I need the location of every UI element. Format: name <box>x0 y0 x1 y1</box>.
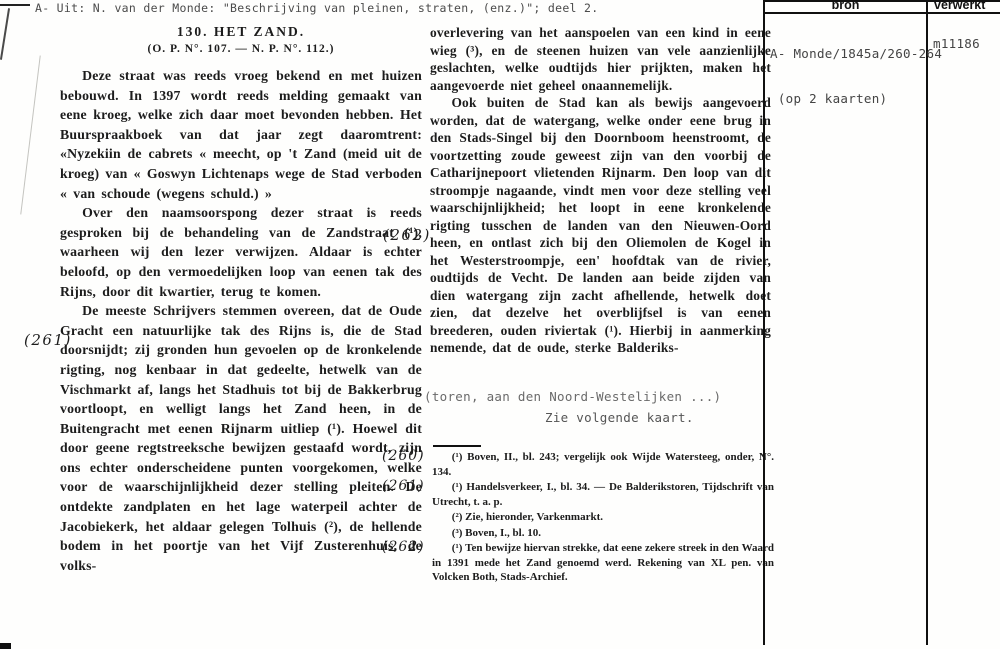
scan-artifact <box>0 8 10 60</box>
typed-source-line: A- Uit: N. van der Monde: "Beschrijving … <box>35 1 598 15</box>
footnote: (²) Zie, hieronder, Varkenmarkt. <box>432 510 774 525</box>
table-left-border <box>763 0 765 645</box>
heading-number-title: 130. HET ZAND. <box>60 24 422 40</box>
heading-subtitle: (O. P. N°. 107. — N. P. N°. 112.) <box>60 43 422 55</box>
typed-see-map-note: Zie volgende kaart. <box>545 410 694 425</box>
footnote-margin-label: (260) <box>382 449 425 464</box>
footnotes-block: (260) (¹) Boven, II., bl. 243; vergelijk… <box>432 450 774 586</box>
right-paragraph-2: Ook buiten de Stad kan als bewijs aangev… <box>430 94 771 357</box>
scan-artifact <box>0 643 11 649</box>
footnote: (261) (¹) Handelsverkeer, I., bl. 34. — … <box>432 480 774 509</box>
scan-artifact <box>20 56 40 215</box>
footnote: (260) (¹) Boven, II., bl. 243; vergelijk… <box>432 450 774 479</box>
footnote-text: (²) Zie, hieronder, Varkenmarkt. <box>452 511 603 523</box>
footnote-text: (³) Boven, I., bl. 10. <box>452 527 541 539</box>
footnote: (³) Boven, I., bl. 10. <box>432 526 774 541</box>
footnote-text: (¹) Boven, II., bl. 243; vergelijk ook W… <box>432 451 774 478</box>
right-text-column: overlevering van het aanspoelen van een … <box>430 24 771 357</box>
handwritten-margin-note-right: (262) <box>383 226 431 244</box>
scan-artifact <box>0 4 30 6</box>
left-text-column: Deze straat was reeds vroeg bekend en me… <box>60 66 422 575</box>
bron-value-line2: (op 2 kaarten) <box>770 91 942 106</box>
page-heading: 130. HET ZAND. (O. P. N°. 107. — N. P. N… <box>60 24 422 55</box>
footnote-text: (¹) Handelsverkeer, I., bl. 34. — De Bal… <box>432 481 774 508</box>
footnote-margin-label: (261) <box>382 479 425 494</box>
verwerkt-cell-value: m11186 <box>933 36 980 51</box>
footnote: (262) (¹) Ten bewijze hiervan strekke, d… <box>432 541 774 585</box>
column-header-verwerkt: verwerkt <box>934 0 1000 12</box>
bron-cell-value: A- Monde/1845a/260-264 (op 2 kaarten) <box>770 16 942 136</box>
table-header-rule <box>763 12 1000 14</box>
footnote-separator-rule <box>433 445 481 447</box>
left-paragraph-3: De meeste Schrijvers stemmen overeen, da… <box>60 301 422 575</box>
column-header-bron: bron <box>765 0 926 12</box>
right-paragraph-1: overlevering van het aanspoelen van een … <box>430 24 771 94</box>
footnote-margin-label: (262) <box>382 540 425 555</box>
left-paragraph-2: Over den naamsoorspong dezer straat is r… <box>60 203 422 301</box>
bron-value-line1: A- Monde/1845a/260-264 <box>770 46 942 61</box>
typed-insert-note: (toren, aan den Noord-Westelijken ...) <box>424 389 721 404</box>
footnote-text: (¹) Ten bewijze hiervan strekke, dat een… <box>432 542 774 583</box>
handwritten-margin-note-left: (261) <box>24 331 72 349</box>
left-paragraph-1: Deze straat was reeds vroeg bekend en me… <box>60 66 422 203</box>
